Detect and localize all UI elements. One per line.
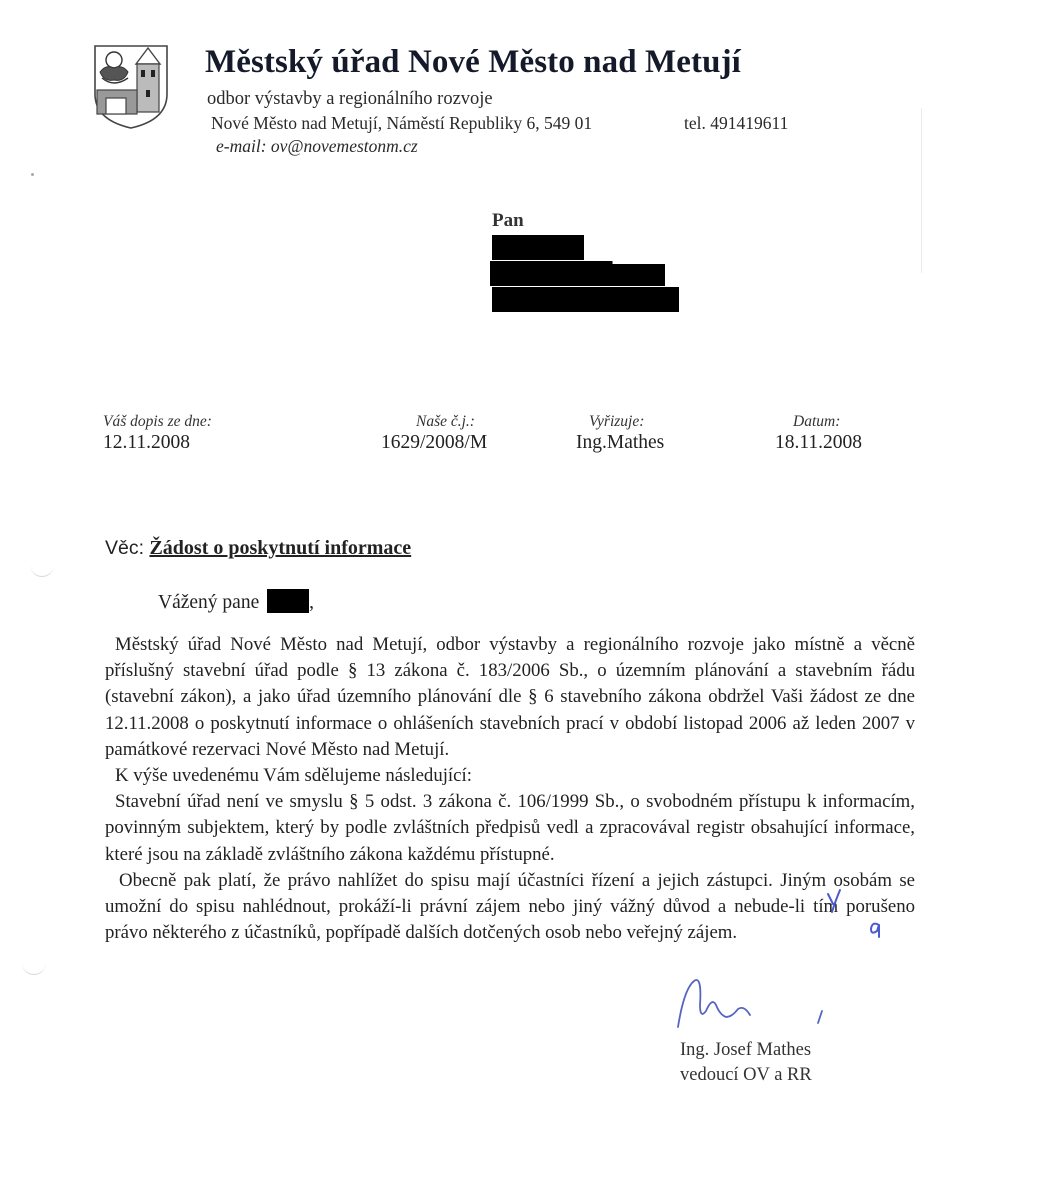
greeting-text: Vážený pane <box>158 592 259 613</box>
office-phone: tel. 491419611 <box>684 113 788 134</box>
subject-title: Žádost o poskytnutí informace <box>149 537 411 559</box>
greeting-suffix: , <box>309 592 314 613</box>
office-address: Nové Město nad Metují, Náměstí Republiky… <box>211 113 592 134</box>
ref-value-handled-by: Ing.Mathes <box>576 432 664 454</box>
body-paragraph: Obecně pak platí, že právo nahlížet do s… <box>105 868 915 947</box>
punch-hole-mark <box>22 960 46 975</box>
ref-label-our-ref: Naše č.j.: <box>416 413 475 431</box>
scan-ghost-line <box>921 108 922 273</box>
redacted-recipient-name <box>492 235 584 260</box>
redacted-recipient-city <box>492 287 679 312</box>
ref-label-date: Datum: <box>793 413 840 431</box>
ref-label-your-letter: Váš dopis ze dne: <box>103 413 212 431</box>
signatory-role: vedoucí OV a RR <box>680 1065 812 1086</box>
signatory-name: Ing. Josef Mathes <box>680 1040 811 1061</box>
punch-hole-mark <box>30 562 54 577</box>
redacted-recipient-street <box>490 261 665 286</box>
scan-speck <box>31 173 34 176</box>
office-name: Městský úřad Nové Město nad Metují <box>205 44 741 81</box>
ref-value-date: 18.11.2008 <box>775 432 862 454</box>
ref-label-handled-by: Vyřizuje: <box>589 413 644 431</box>
recipient-salutation: Pan <box>492 210 524 232</box>
body-paragraph: Stavební úřad není ve smyslu § 5 odst. 3… <box>105 789 915 868</box>
letter-body: Městský úřad Nové Město nad Metují, odbo… <box>105 632 915 946</box>
subject-line: Věc: Žádost o poskytnutí informace <box>105 537 411 560</box>
department-name: odbor výstavby a regionálního rozvoje <box>207 89 493 110</box>
ref-value-our-ref: 1629/2008/M <box>381 432 487 454</box>
body-paragraph: Městský úřad Nové Město nad Metují, odbo… <box>105 632 915 763</box>
ref-value-your-letter: 12.11.2008 <box>103 432 190 454</box>
handwritten-signature-icon <box>672 975 832 1035</box>
office-email[interactable]: e-mail: ov@novemestonm.cz <box>216 136 418 157</box>
body-paragraph: K výše uvedenému Vám sdělujeme následují… <box>105 763 915 789</box>
coat-of-arms-icon <box>92 42 170 130</box>
redacted-greeting-name <box>267 589 309 613</box>
greeting: Vážený pane , <box>158 589 314 614</box>
subject-prefix: Věc: <box>105 537 144 559</box>
